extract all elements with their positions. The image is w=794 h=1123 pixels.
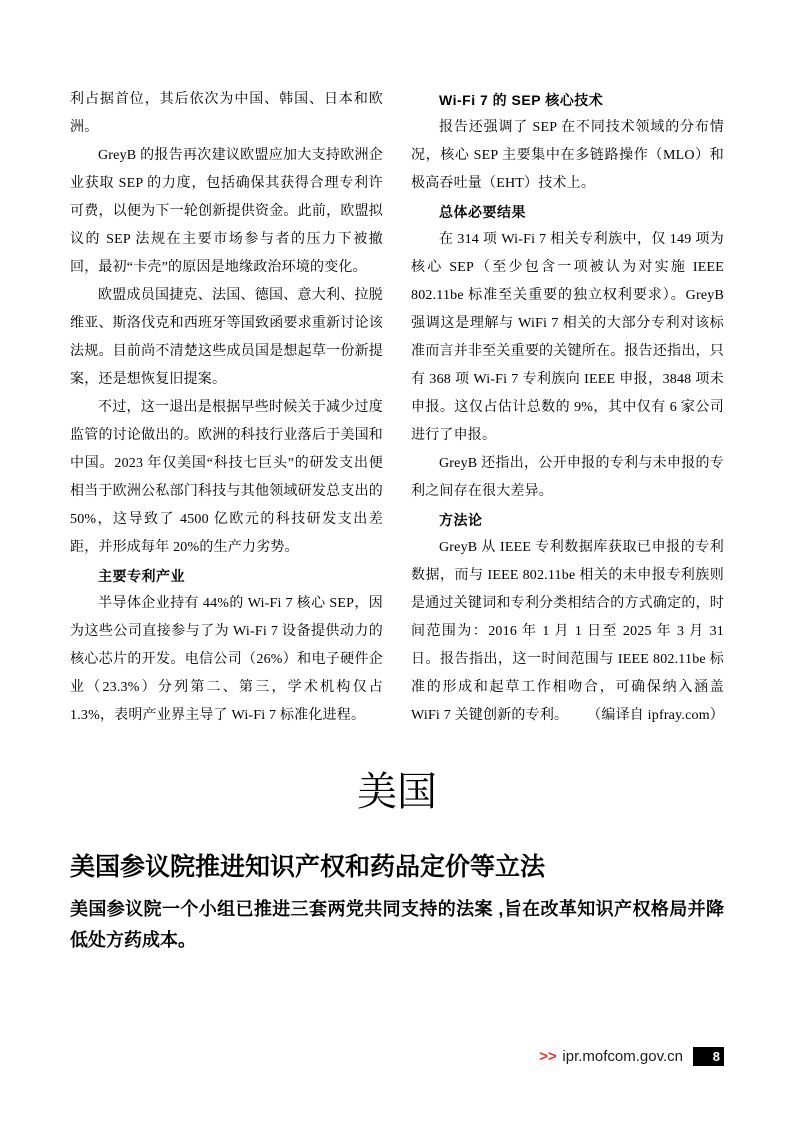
article-title: 美国参议院推进知识产权和药品定价等立法 — [70, 852, 724, 882]
double-chevron-icon: >> — [539, 1048, 557, 1065]
paragraph: 欧盟成员国捷克、法国、德国、意大利、拉脱维亚、斯洛伐克和西班牙等国致函要求重新讨… — [70, 282, 383, 394]
paragraph: 在 314 项 Wi-Fi 7 相关专利族中，仅 149 项为核心 SEP（至少… — [411, 226, 724, 450]
column-heading: 主要专利产业 — [70, 562, 383, 590]
page-footer: >> ipr.mofcom.gov.cn 8 — [539, 1047, 724, 1066]
paragraph: GreyB 的报告再次建议欧盟应加大支持欧洲企业获取 SEP 的力度，包括确保其… — [70, 142, 383, 282]
paragraph: 报告还强调了 SEP 在不同技术领域的分布情况，核心 SEP 主要集中在多链路操… — [411, 114, 724, 198]
article-summary: 美国参议院一个小组已推进三套两党共同支持的法案 ,旨在改革知识产权格局并降低处方… — [70, 894, 724, 956]
country-section: 美国 美国参议院推进知识产权和药品定价等立法 美国参议院一个小组已推进三套两党共… — [70, 766, 724, 956]
country-section-title: 美国 — [70, 766, 724, 818]
attribution-source: （编译自 ipfray.com） — [587, 702, 724, 730]
paragraph: 不过，这一退出是根据早些时候关于减少过度监管的讨论做出的。欧洲的科技行业落后于美… — [70, 394, 383, 562]
right-column: Wi-Fi 7 的 SEP 核心技术报告还强调了 SEP 在不同技术领域的分布情… — [411, 86, 724, 730]
paragraph: 半导体企业持有 44%的 Wi-Fi 7 核心 SEP，因为这些公司直接参与了为… — [70, 590, 383, 730]
document-page: 利占据首位，其后依次为中国、韩国、日本和欧洲。GreyB 的报告再次建议欧盟应加… — [0, 0, 794, 1123]
left-column: 利占据首位，其后依次为中国、韩国、日本和欧洲。GreyB 的报告再次建议欧盟应加… — [70, 86, 383, 730]
column-heading: Wi-Fi 7 的 SEP 核心技术 — [411, 86, 724, 114]
page-number: 8 — [713, 1049, 720, 1064]
article-columns: 利占据首位，其后依次为中国、韩国、日本和欧洲。GreyB 的报告再次建议欧盟应加… — [70, 86, 724, 730]
column-heading: 方法论 — [411, 506, 724, 534]
footer-site-url[interactable]: ipr.mofcom.gov.cn — [562, 1048, 683, 1065]
column-heading: 总体必要结果 — [411, 198, 724, 226]
paragraph: GreyB 还指出，公开申报的专利与未申报的专利之间存在很大差异。 — [411, 450, 724, 506]
page-number-badge: 8 — [693, 1047, 724, 1066]
paragraph: GreyB 从 IEEE 专利数据库获取已申报的专利数据，而与 IEEE 802… — [411, 534, 724, 730]
paragraph: 利占据首位，其后依次为中国、韩国、日本和欧洲。 — [70, 86, 383, 142]
